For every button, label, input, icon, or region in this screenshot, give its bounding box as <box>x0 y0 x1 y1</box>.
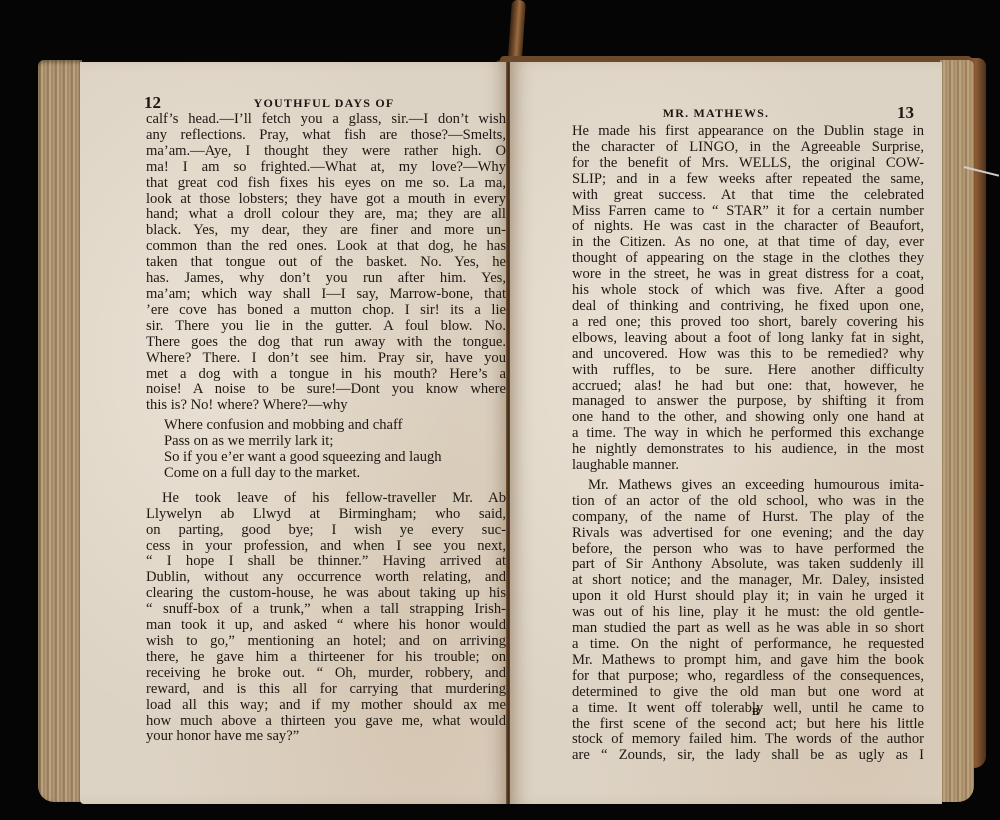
text-line: with great success. At that time the cel… <box>572 188 924 204</box>
running-title: MR. MATHEWS. <box>530 106 902 121</box>
text-line: calf’s head.—I’ll fetch you a glass, sir… <box>146 112 506 128</box>
text-line: There goes the dog that run away with th… <box>146 335 506 351</box>
text-line: look at those lobsters; they have got a … <box>146 192 506 208</box>
text-line: determined to give the old man but one w… <box>572 685 924 701</box>
text-line: accrued; alas! he had but one: that, how… <box>572 379 924 395</box>
text-line: Mr. Mathews to prompt him, and gave him … <box>572 653 924 669</box>
text-line: He took leave of his fellow-traveller Mr… <box>146 491 506 507</box>
text-line: part of Sir Anthony Absolute, was taken … <box>572 557 924 573</box>
verse-line: So if you e’er want a good squeezing and… <box>146 450 506 466</box>
text-line: sir. There you lie in the gutter. A foul… <box>146 319 506 335</box>
text-line: on parting, good bye; I wish ye every su… <box>146 523 506 539</box>
page-block-right-edge <box>940 60 974 802</box>
text-line: any reflections. Pray, what fish are tho… <box>146 128 506 144</box>
page-block-left-edge <box>38 60 82 802</box>
text-line: how much above a thirteen you gave me, w… <box>146 714 506 730</box>
right-page: MR. MATHEWS. 13 He made his first appear… <box>510 62 942 804</box>
text-line: Miss Farren came to “ STAR” it for a cer… <box>572 204 924 220</box>
text-line: there, he gave him a thirteener for his … <box>146 650 506 666</box>
text-line: He made his first appearance on the Dubl… <box>572 124 924 140</box>
text-line: taken that tongue out of the basket. No.… <box>146 255 506 271</box>
text-line: ma’am.—Aye, I thought they were rather h… <box>146 144 506 160</box>
text-line: that great cod fish fixes his eyes on me… <box>146 176 506 192</box>
text-line: ’ere cove has boned a mutton chop. I sir… <box>146 303 506 319</box>
text-line: company, of the name of Hurst. The play … <box>572 510 924 526</box>
text-line: reward, and is this all for carrying tha… <box>146 682 506 698</box>
text-line: man took it up, and asked “ where his ho… <box>146 618 506 634</box>
running-head: MR. MATHEWS. 13 <box>510 106 942 124</box>
text-line: are “ Zounds, sir, the lady shall be as … <box>572 748 924 764</box>
right-page-text: He made his first appearance on the Dubl… <box>572 124 924 764</box>
text-line: the first scene of the second act; but h… <box>572 717 924 733</box>
text-line: managed to answer the purpose, by shifti… <box>572 394 924 410</box>
text-line: his whole stock of which was five. After… <box>572 283 924 299</box>
text-line: Dublin, without any occurrence worth rel… <box>146 570 506 586</box>
text-line: tion of an actor of the old school, who … <box>572 494 924 510</box>
text-line: SLIP; and in a few weeks after repeated … <box>572 172 924 188</box>
text-line: Mr. Mathews gives an exceeding humourous… <box>572 478 924 494</box>
text-line: your honor have me say?” <box>146 729 506 745</box>
left-page-text: calf’s head.—I’ll fetch you a glass, sir… <box>146 112 506 745</box>
text-line: with ruffles, to be sure. Here another d… <box>572 363 924 379</box>
text-line: stock of memory failed him. The words of… <box>572 732 924 748</box>
text-line: man studied the part as well as he was a… <box>572 621 924 637</box>
text-line: for the benefit of Mrs. WELLS, the origi… <box>572 156 924 172</box>
signature-mark: B <box>570 706 942 718</box>
text-line: wore in the street, he was in great dist… <box>572 267 924 283</box>
text-line: Rivals was advertised for one evening; a… <box>572 526 924 542</box>
running-title: YOUTHFUL DAYS OF <box>140 96 508 111</box>
text-line: at short notice; and the manager, Mr. Da… <box>572 573 924 589</box>
text-line: has. James, why don’t you run after him.… <box>146 271 506 287</box>
text-line: receiving he broke out. “ Oh, murder, ro… <box>146 666 506 682</box>
text-line: he nightly demonstrates to his audience,… <box>572 442 924 458</box>
text-line: a time. The way in which he performed th… <box>572 426 924 442</box>
text-line: a time. On the night of performance, he … <box>572 637 924 653</box>
text-line: deal of thinking and contriving, he fixe… <box>572 299 924 315</box>
text-line: ma! I am so frighted.—What at, my love?—… <box>146 160 506 176</box>
text-line: ma’am; which way shall I—I say, Marrow-b… <box>146 287 506 303</box>
text-line: was out of his line, play it he must: th… <box>572 605 924 621</box>
text-line: wish to go,” mentioning an hotel; and on… <box>146 634 506 650</box>
text-line: thought of appearing on the stage in the… <box>572 251 924 267</box>
verse-line: Pass on as we merrily lark it; <box>146 434 506 450</box>
text-line: common than the red ones. Look at that d… <box>146 239 506 255</box>
text-line: clearing the custom-house, he was about … <box>146 586 506 602</box>
text-line: upon it old Hurst should play it; in vai… <box>572 589 924 605</box>
text-line: “ I hope I shall be thinner.” Having arr… <box>146 554 506 570</box>
text-line: for that purpose; who, regardless of the… <box>572 669 924 685</box>
text-line: “ snuff-box of a trunk,” when a tall str… <box>146 602 506 618</box>
text-line: met a dog with a tongue in his mouth? He… <box>146 367 506 383</box>
verse-line: Where confusion and mobbing and chaff <box>146 418 506 434</box>
page-number: 13 <box>897 103 914 123</box>
text-line: this is? No! where? Where?—why <box>146 398 506 414</box>
text-line: load all this way; and if my mother shou… <box>146 698 506 714</box>
book-photograph: 12 YOUTHFUL DAYS OF calf’s head.—I’ll fe… <box>0 0 1000 820</box>
text-line: Where? There. I don’t see him. Pray sir,… <box>146 351 506 367</box>
text-line: and uncovered. How was this to be remedi… <box>572 347 924 363</box>
text-line: of nights. He was cast in the character … <box>572 219 924 235</box>
verse-line: Come on a full day to the market. <box>146 466 506 482</box>
text-line: a red one; this proved too short, barely… <box>572 315 924 331</box>
text-line: black. Yes, my dear, they are finer and … <box>146 223 506 239</box>
text-line: cess in your profession, and when I see … <box>146 539 506 555</box>
left-page: 12 YOUTHFUL DAYS OF calf’s head.—I’ll fe… <box>80 62 508 804</box>
text-line: noise! A noise to be sure!—Dont you know… <box>146 382 506 398</box>
text-line: in the Citizen. As no one, at that time … <box>572 235 924 251</box>
text-line: before, the person who was to have perfo… <box>572 542 924 558</box>
text-line: one hand to the other, and showing only … <box>572 410 924 426</box>
text-line: Llywelyn ab Llwyd at Birmingham; who sai… <box>146 507 506 523</box>
text-line: laughable manner. <box>572 458 924 474</box>
text-line: hand; what a droll colour they are, ma; … <box>146 207 506 223</box>
text-line: elbows, leaving about a foot of long lan… <box>572 331 924 347</box>
text-line: the character of LINGO, in the Agreeable… <box>572 140 924 156</box>
